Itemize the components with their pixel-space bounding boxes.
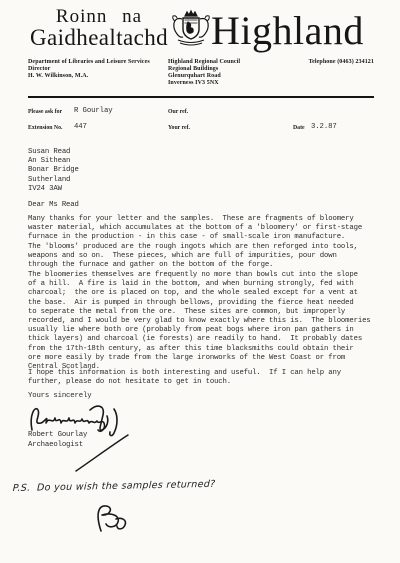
letterhead-divider-rule (28, 96, 374, 98)
extension-label: Extension No. (28, 125, 62, 131)
department-name: Department of Libraries and Leisure Serv… (28, 59, 168, 66)
paragraph-1: Many thanks for your letter and the samp… (28, 215, 380, 270)
extension-value: 447 (74, 123, 87, 131)
council-address-line: Glenurquhart Road (168, 73, 278, 80)
salutation: Dear Ms Read (28, 201, 79, 210)
council-address-line: Regional Buildings (168, 66, 278, 73)
ask-for-value: R Gourlay (74, 107, 113, 115)
gaelic-org-name: Roinn na Gaidhealtachd (24, 7, 174, 50)
postscript-text: P.S. Do you wish the samples returned? (12, 479, 215, 494)
paragraph-2: The bloomeries themselves are frequently… (28, 271, 380, 372)
paragraph-3: I hope this information is both interest… (28, 369, 380, 387)
council-address-line: Inverness IV3 5NX (168, 80, 278, 87)
scanned-letter-page: Roinn na Gaidhealtachd Highland Departme… (0, 0, 400, 563)
closing: Yours sincerely (28, 392, 91, 401)
your-ref-label: Your ref. (168, 125, 190, 131)
diagonal-pen-stroke-icon (70, 432, 134, 474)
date-value: 3.2.87 (311, 123, 337, 131)
department-block: Department of Libraries and Leisure Serv… (28, 59, 168, 80)
ps-initials-scribble-icon (90, 501, 134, 537)
org-name: Highland (211, 7, 364, 54)
gaelic-name-line2: Gaidhealtachd (24, 26, 174, 49)
director-name: H. W. Wilkinson, M.A. (28, 73, 168, 80)
date-label: Date (293, 125, 305, 131)
council-crest-icon (168, 9, 214, 55)
our-ref-label: Our ref. (168, 109, 188, 115)
ask-for-label: Please ask for (28, 109, 62, 115)
telephone-line: Telephone (0463) 234121 (258, 59, 374, 66)
gaelic-name-line1: Roinn na (24, 7, 174, 26)
director-label: Director (28, 66, 168, 73)
recipient-address: Susan Read An Sithean Bonar Bridge Suthe… (28, 148, 79, 194)
